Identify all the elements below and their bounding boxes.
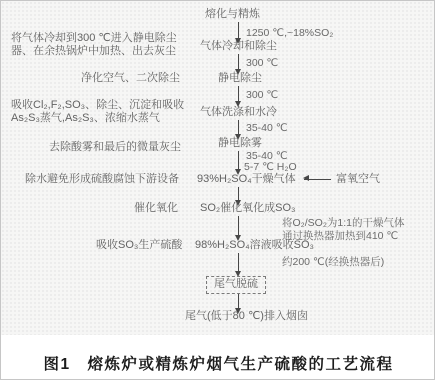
left-note-absorption: 吸收SO₃生产硫酸 — [96, 239, 182, 252]
down-arrow-3 — [238, 86, 239, 101]
down-arrow-1 — [238, 22, 239, 38]
arrow3-temp-label: 300 ℃ — [246, 89, 278, 102]
node-electrostatic-demister: 静电除雾 — [218, 137, 262, 150]
left-note-oxidation: 催化氧化 — [134, 202, 178, 215]
left-note-cooling: 将气体冷却到300 ℃进入静电除尘器、在余热锅炉中加热、出去灰尘 — [11, 32, 187, 58]
arrow2-temp-label: 300 ℃ — [246, 57, 278, 70]
node-absorption-tower: 98%H₂SO₄溶液吸收SO₃ — [195, 239, 314, 252]
after-exchanger-label: 约200 ℃(经换热器后) — [282, 256, 384, 269]
node-drying-tower: 93%H₂SO₄干燥气体 — [197, 173, 296, 186]
node-electrostatic-dust-removal: 静电除尘 — [218, 72, 262, 85]
down-arrow-8 — [238, 253, 239, 271]
arrow1-temp-label: 1250 ℃,~18%SO₂ — [246, 27, 333, 40]
node-smelting: 熔化与精炼 — [205, 8, 260, 21]
oxygen-air-left-arrow — [304, 179, 331, 180]
arrow4-temp-label: 35-40 ℃ — [246, 122, 288, 135]
left-note-scrubbing: 吸收Cl₂,F₂,SO₃、除尘、沉淀和吸收As₂S₃蒸气,As₂S₃、浓缩水蒸气 — [11, 99, 191, 125]
oxygen-air-label: 富氧空气 — [336, 173, 380, 186]
down-arrow-6 — [238, 187, 239, 200]
down-arrow-7 — [238, 216, 239, 235]
node-catalytic-oxidation: SO₂催化氧化成SO₃ — [200, 202, 296, 215]
left-note-purify: 净化空气、二次除尘 — [81, 72, 180, 85]
node-gas-cooling: 气体冷却和除尘 — [200, 40, 277, 53]
node-tail-gas-desulfurization: 尾气脱硫 — [206, 276, 266, 294]
down-arrow-5 — [238, 151, 239, 169]
node-stack-discharge: 尾气(低于80 ℃)排入烟囱 — [185, 310, 308, 323]
flowchart-scan-area: 熔化与精炼 1250 ℃,~18%SO₂ 气体冷却和除尘 300 ℃ 静电除尘 … — [1, 1, 435, 335]
left-note-demisting: 去除酸雾和最后的微量灰尘 — [49, 141, 181, 154]
heat-exchanger-note-line1: 将O₂/SO₂为1:1的干燥气体 — [282, 217, 405, 230]
figure-scan-page: 熔化与精炼 1250 ℃,~18%SO₂ 气体冷却和除尘 300 ℃ 静电除尘 … — [0, 0, 435, 380]
left-note-drying: 除水避免形成硫酸腐蚀下游设备 — [25, 173, 179, 186]
down-arrow-9 — [238, 294, 239, 308]
down-arrow-2 — [238, 54, 239, 69]
figure-caption: 图1 熔炼炉或精炼炉烟气生产硫酸的工艺流程 — [1, 352, 435, 374]
down-arrow-4 — [238, 120, 239, 134]
node-gas-scrubbing: 气体洗涤和水冷 — [200, 106, 277, 119]
